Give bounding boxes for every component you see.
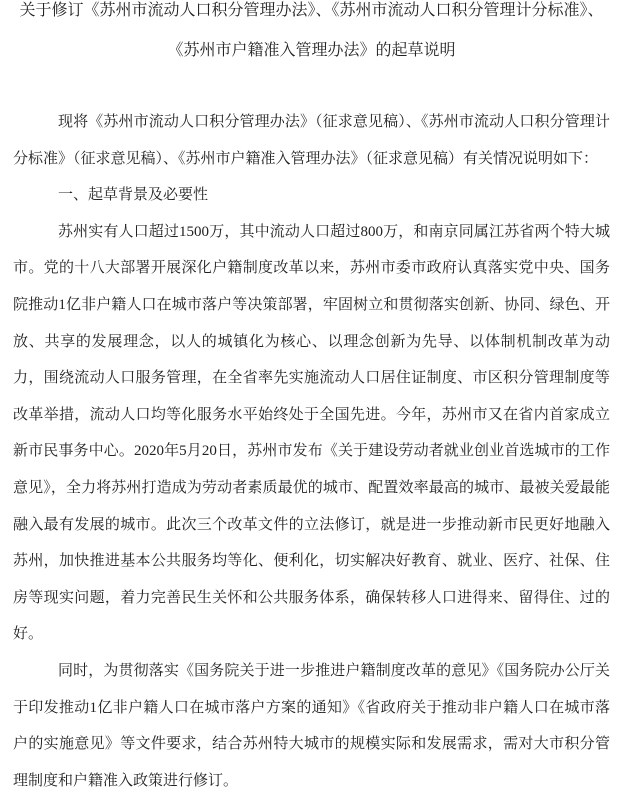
section-heading-background-necessity: 一、起草背景及必要性	[13, 177, 610, 214]
body-paragraph-2: 同时，为贯彻落实《国务院关于进一步推进户籍制度改革的意见》《国务院办公厅关于印发…	[13, 653, 610, 798]
document-body: 现将《苏州市流动人口积分管理办法》（征求意见稿）、《苏州市流动人口积分管理计分标…	[13, 104, 610, 798]
document-title: 关于修订《苏州市流动人口积分管理办法》、《苏州市流动人口积分管理计分标准》、《苏…	[13, 0, 610, 71]
document-page: 关于修订《苏州市流动人口积分管理办法》、《苏州市流动人口积分管理计分标准》、《苏…	[0, 0, 623, 789]
body-paragraph-1: 苏州实有人口超过1500万，其中流动人口超过800万，和南京同属江苏省两个特大城…	[13, 214, 610, 653]
intro-paragraph: 现将《苏州市流动人口积分管理办法》（征求意见稿）、《苏州市流动人口积分管理计分标…	[13, 104, 610, 177]
